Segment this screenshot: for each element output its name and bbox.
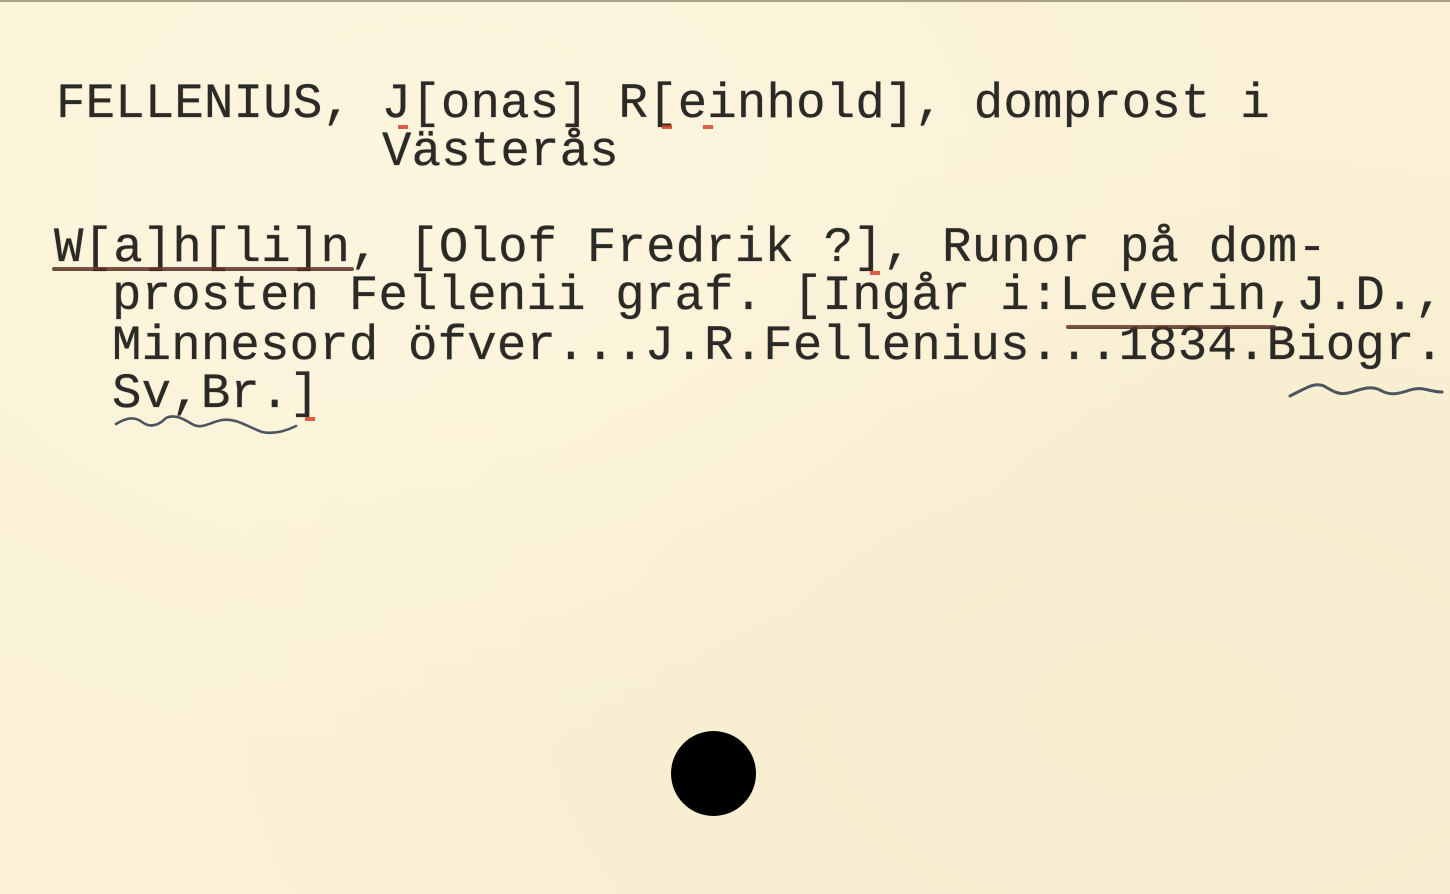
catalog-card: FELLENIUS, J[onas] R[einhold], domprost …: [0, 0, 1450, 894]
biogr-wavy-underline: [1286, 378, 1446, 404]
punch-hole: [671, 731, 756, 816]
red-bracket-mark: [398, 125, 408, 129]
entry-line-2: prosten Fellenii graf. [Ingår i:Leverin,…: [112, 272, 1444, 321]
red-bracket-mark: [870, 271, 880, 275]
heading-line-1: FELLENIUS, J[onas] R[einhold], domprost …: [56, 80, 1270, 129]
heading-line-2: Västerås: [382, 128, 619, 177]
leverin-underline: [1066, 325, 1276, 329]
red-bracket-mark: [703, 125, 713, 129]
entry-line-1: W[a]h[li]n, [Olof Fredrik ?], Runor på d…: [54, 224, 1327, 273]
red-bracket-mark: [305, 417, 315, 421]
svbr-wavy-underline: [112, 410, 302, 440]
red-bracket-mark: [662, 125, 672, 129]
entry-line-3: Minnesord öfver...J.R.Fellenius...1834.B…: [112, 322, 1444, 371]
author-underline: [52, 267, 354, 271]
